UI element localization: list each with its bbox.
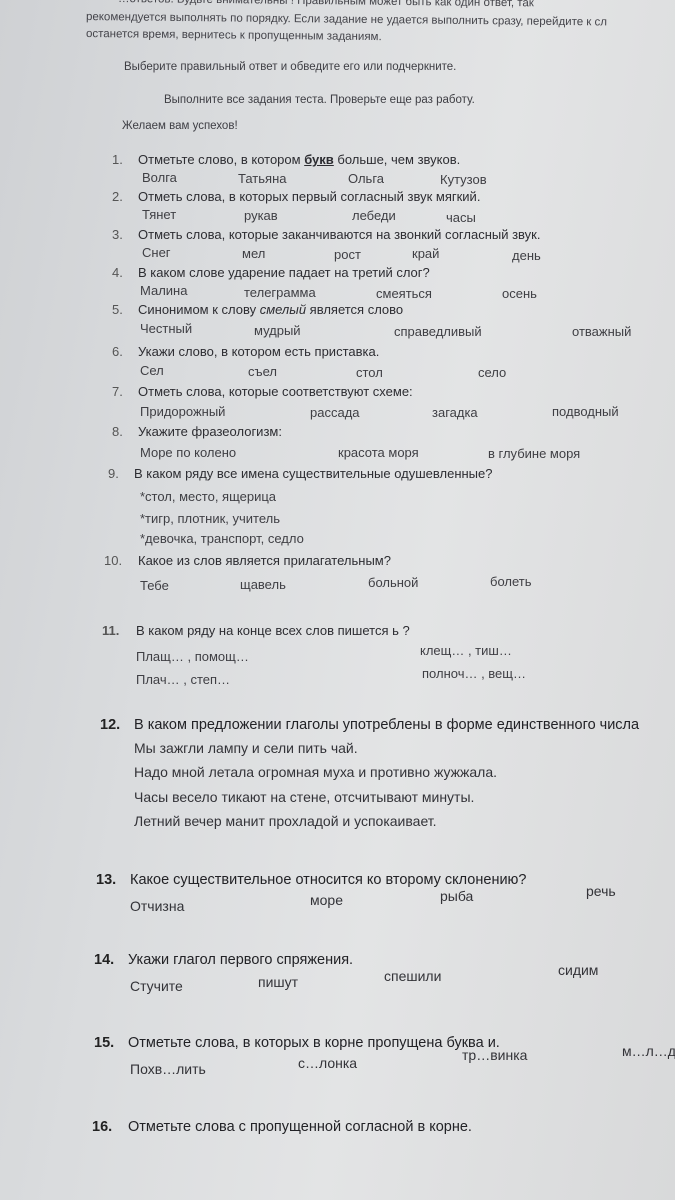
option[interactable]: Снег <box>142 245 171 260</box>
question-5: 5.Синонимом к слову смелый является слов… <box>112 302 403 317</box>
question-15: 15.Отметьте слова, в которых в корне про… <box>94 1035 500 1051</box>
question-number: 1. <box>112 152 138 167</box>
option[interactable]: спешили <box>384 968 441 984</box>
option[interactable]: мел <box>242 246 265 261</box>
option[interactable]: Плащ… , помощ… <box>136 649 249 664</box>
question-13: 13.Какое существительное относится ко вт… <box>96 872 526 888</box>
option[interactable]: часы <box>446 210 476 225</box>
question-6: 6.Укажи слово, в котором есть приставка. <box>112 344 379 359</box>
option[interactable]: Стучите <box>130 978 183 994</box>
option[interactable]: Татьяна <box>238 171 286 186</box>
option[interactable]: телеграмма <box>244 285 316 300</box>
option[interactable]: лебеди <box>352 208 396 223</box>
question-7: 7.Отметь слова, которые соответствуют сх… <box>112 384 413 399</box>
instruction-2: Выполните все задания теста. Проверьте е… <box>164 94 475 106</box>
option[interactable]: Тянет <box>142 207 176 222</box>
greeting: Желаем вам успехов! <box>122 120 238 132</box>
option[interactable]: м…л…д <box>622 1043 675 1059</box>
option[interactable]: справедливый <box>394 324 482 339</box>
option[interactable]: *девочка, транспорт, седло <box>140 531 304 546</box>
option[interactable]: Придорожный <box>140 404 225 419</box>
option[interactable]: Тебе <box>140 578 169 593</box>
question-10: 10.Какое из слов является прилагательным… <box>104 553 391 568</box>
emphasis-word: смелый <box>260 302 306 317</box>
option[interactable]: Надо мной летала огромная муха и противн… <box>134 764 497 780</box>
option[interactable]: загадка <box>432 405 478 420</box>
option[interactable]: Кутузов <box>440 172 487 187</box>
option[interactable]: отважный <box>572 324 631 339</box>
option[interactable]: Мы зажгли лампу и сели пить чай. <box>134 740 358 756</box>
option[interactable]: рассада <box>310 405 360 420</box>
option[interactable]: Похв…лить <box>130 1061 206 1077</box>
option[interactable]: село <box>478 365 506 380</box>
option[interactable]: Сел <box>140 363 164 378</box>
option[interactable]: Честный <box>140 321 192 336</box>
option[interactable]: съел <box>248 364 277 379</box>
option[interactable]: красота моря <box>338 445 419 460</box>
option[interactable]: рыба <box>440 888 473 904</box>
question-12: 12.В каком предложении глаголы употребле… <box>100 717 639 733</box>
option[interactable]: день <box>512 248 541 263</box>
option[interactable]: больной <box>368 575 418 590</box>
question-14: 14.Укажи глагол первого спряжения. <box>94 952 353 968</box>
option[interactable]: осень <box>502 286 537 301</box>
test-sheet: …ответов. Будьте внимательны ! Правильны… <box>0 0 675 1200</box>
option[interactable]: стол <box>356 365 383 380</box>
option[interactable]: болеть <box>490 574 532 589</box>
intro-line-2: рекомендуется выполнять по порядку. Если… <box>86 11 607 28</box>
option[interactable]: море <box>310 892 343 908</box>
option[interactable]: смеяться <box>376 286 432 301</box>
option[interactable]: Летний вечер манит прохладой и успокаива… <box>134 813 437 829</box>
option[interactable]: Море по колено <box>140 445 236 460</box>
option[interactable]: рост <box>334 247 361 262</box>
option[interactable]: с…лонка <box>298 1055 357 1071</box>
option[interactable]: щавель <box>240 577 286 592</box>
emphasis-word: букв <box>304 152 334 167</box>
option[interactable]: Отчизна <box>130 898 184 914</box>
option[interactable]: Плач… , степ… <box>136 672 230 687</box>
option[interactable]: мудрый <box>254 323 301 338</box>
option[interactable]: *тигр, плотник, учитель <box>140 511 280 526</box>
question-1: 1.Отметьте слово, в котором букв больше,… <box>112 152 460 167</box>
option[interactable]: полноч… , вещ… <box>422 666 526 681</box>
option[interactable]: сидим <box>558 962 598 978</box>
option[interactable]: речь <box>586 883 616 899</box>
option[interactable]: подводный <box>552 404 619 419</box>
question-11: 11.В каком ряду на конце всех слов пишет… <box>102 623 410 638</box>
question-2: 2.Отметь слова, в которых первый согласн… <box>112 189 480 204</box>
option[interactable]: пишут <box>258 974 298 990</box>
option[interactable]: клещ… , тиш… <box>420 643 512 658</box>
option[interactable]: Малина <box>140 283 187 298</box>
option[interactable]: тр…винка <box>462 1047 527 1063</box>
instruction-1: Выберите правильный ответ и обведите его… <box>124 61 456 73</box>
question-4: 4.В каком слове ударение падает на трети… <box>112 265 430 280</box>
option[interactable]: Ольга <box>348 171 384 186</box>
option[interactable]: рукав <box>244 208 278 223</box>
question-3: 3.Отметь слова, которые заканчиваются на… <box>112 227 540 242</box>
option[interactable]: в глубине моря <box>488 446 580 461</box>
option[interactable]: Часы весело тикают на стене, отсчитывают… <box>134 789 474 805</box>
intro-line-1: …ответов. Будьте внимательны ! Правильны… <box>118 0 534 9</box>
option[interactable]: край <box>412 246 439 261</box>
question-16: 16.Отметьте слова с пропущенной согласно… <box>92 1119 472 1135</box>
option[interactable]: Волга <box>142 170 177 185</box>
question-9: 9.В каком ряду все имена существительные… <box>108 466 492 481</box>
option[interactable]: *стол, место, ящерица <box>140 489 276 504</box>
intro-line-3: останется время, вернитесь к пропущенным… <box>86 28 382 43</box>
question-8: 8.Укажите фразеологизм: <box>112 424 282 439</box>
